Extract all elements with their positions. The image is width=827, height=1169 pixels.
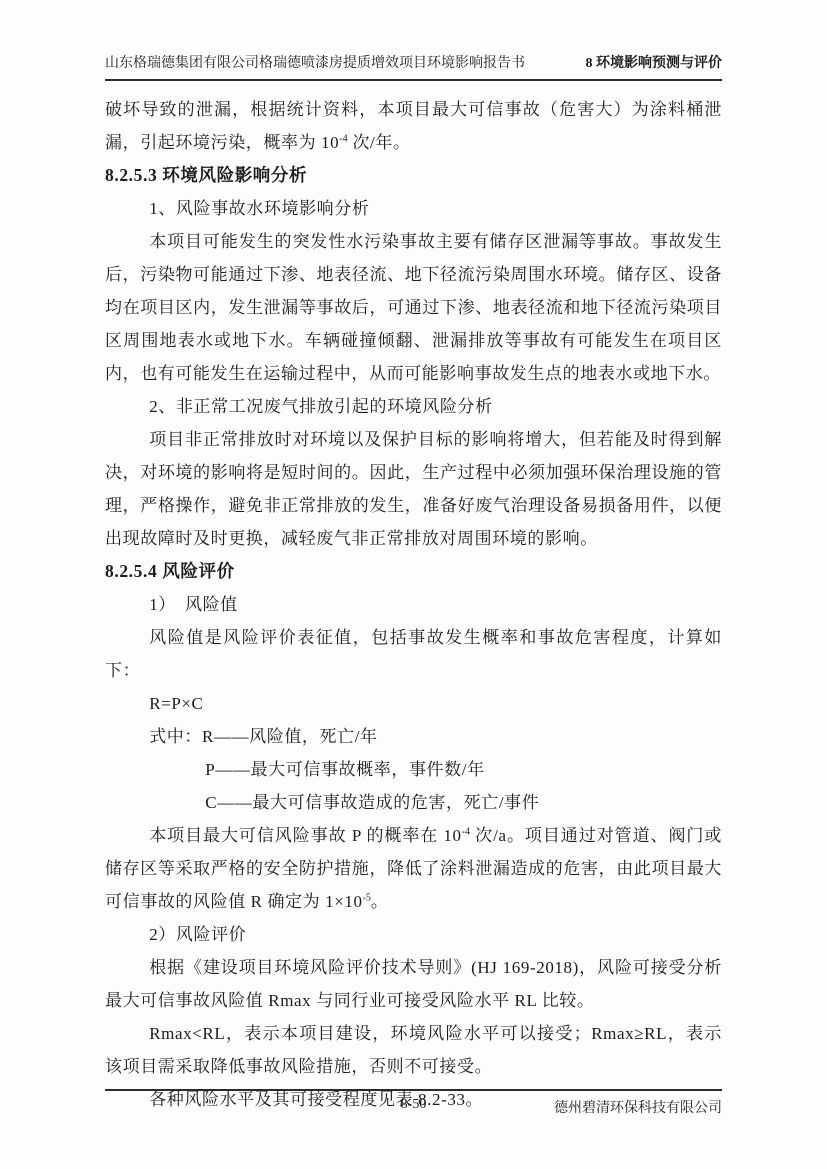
subitem-2-gas-risk-title: 2、非正常工况废气排放引起的环境风险分析 [105, 390, 722, 423]
text-segment: 次/年。 [348, 133, 411, 152]
para-risk-probability: 本项目最大可信风险事故 P 的概率在 10-4 次/a。项目通过对管道、阀门或储… [105, 819, 722, 918]
subitem-1-water-risk-title: 1、风险事故水环境影响分析 [105, 192, 722, 225]
header-chapter-title: 8 环境影响预测与评价 [586, 52, 723, 72]
formula-term-r: 式中：R——风险值，死亡/年 [105, 720, 722, 753]
document-page: 山东格瑞德集团有限公司格瑞德喷漆房提质增效项目环境影响报告书 8 环境影响预测与… [0, 0, 827, 1169]
item-1-risk-value-title: 1） 风险值 [105, 588, 722, 621]
header-report-title: 山东格瑞德集团有限公司格瑞德喷漆房提质增效项目环境影响报告书 [105, 52, 525, 72]
item-2-risk-evaluation-title: 2）风险评价 [105, 918, 722, 951]
para-water-risk-analysis: 本项目可能发生的突发性水污染事故主要有储存区泄漏等事故。事故发生后，污染物可能通… [105, 225, 722, 390]
paragraph-continuation: 破坏导致的泄漏，根据统计资料，本项目最大可信事故（危害大）为涂料桶泄漏，引起环境… [105, 93, 722, 159]
para-risk-value-definition: 风险值是风险评价表征值，包括事故发生概率和事故危害程度，计算如下： [105, 621, 722, 687]
formula-term-c: C——最大可信事故造成的危害，死亡/事件 [105, 786, 722, 819]
section-heading-8-2-5-4: 8.2.5.4 风险评价 [105, 555, 722, 588]
formula-r-equals-p-times-c: R=P×C [105, 687, 722, 720]
document-body: 破坏导致的泄漏，根据统计资料，本项目最大可信事故（危害大）为涂料桶泄漏，引起环境… [105, 93, 722, 1116]
para-guideline-reference: 根据《建设项目环境风险评价技术导则》(HJ 169-2018)，风险可接受分析最… [105, 951, 722, 1017]
footer-company-name: 德州碧清环保科技有限公司 [554, 1097, 722, 1117]
para-rmax-comparison: Rmax<RL，表示本项目建设，环境风险水平可以接受；Rmax≥RL，表示该项目… [105, 1017, 722, 1083]
superscript-exponent: -5 [363, 892, 371, 903]
para-gas-risk-analysis: 项目非正常排放时对环境以及保护目标的影响将增大，但若能及时得到解决，对环境的影响… [105, 423, 722, 555]
text-segment: 本项目最大可信风险事故 P 的概率在 10 [149, 826, 461, 845]
text-segment: 。 [371, 892, 389, 911]
superscript-exponent: -4 [462, 826, 470, 837]
page-number: 8-50 [401, 1097, 427, 1112]
formula-term-p: P——最大可信事故概率，事件数/年 [105, 753, 722, 786]
section-heading-8-2-5-3: 8.2.5.3 环境风险影响分析 [105, 159, 722, 192]
page-header: 山东格瑞德集团有限公司格瑞德喷漆房提质增效项目环境影响报告书 8 环境影响预测与… [105, 52, 722, 81]
text-segment: 破坏导致的泄漏，根据统计资料，本项目最大可信事故（危害大）为涂料桶泄漏，引起环境… [105, 100, 722, 152]
page-footer: 8-50 德州碧清环保科技有限公司 [105, 1089, 722, 1113]
superscript-exponent: -4 [339, 133, 347, 144]
